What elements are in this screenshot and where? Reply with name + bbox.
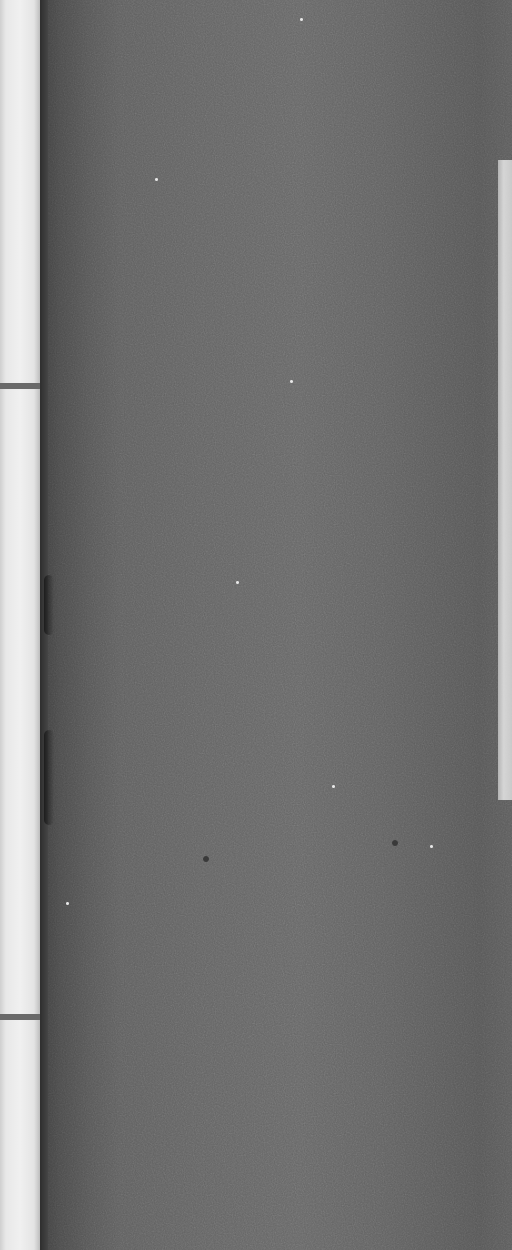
asphalt-texture <box>0 0 512 1250</box>
debris-speck <box>66 902 69 905</box>
pothole-spot <box>392 840 398 846</box>
debris-speck <box>430 845 433 848</box>
debris-speck <box>236 581 239 584</box>
curb <box>0 0 40 1250</box>
lane-marking <box>498 160 512 800</box>
gutter-stain <box>44 575 54 635</box>
road-scene <box>0 0 512 1250</box>
debris-speck <box>155 178 158 181</box>
debris-speck <box>332 785 335 788</box>
debris-speck <box>290 380 293 383</box>
debris-speck <box>300 18 303 21</box>
curb-joint <box>0 383 42 389</box>
curb-joint <box>0 1014 42 1020</box>
gutter-stain <box>44 730 54 825</box>
pothole-spot <box>203 856 209 862</box>
